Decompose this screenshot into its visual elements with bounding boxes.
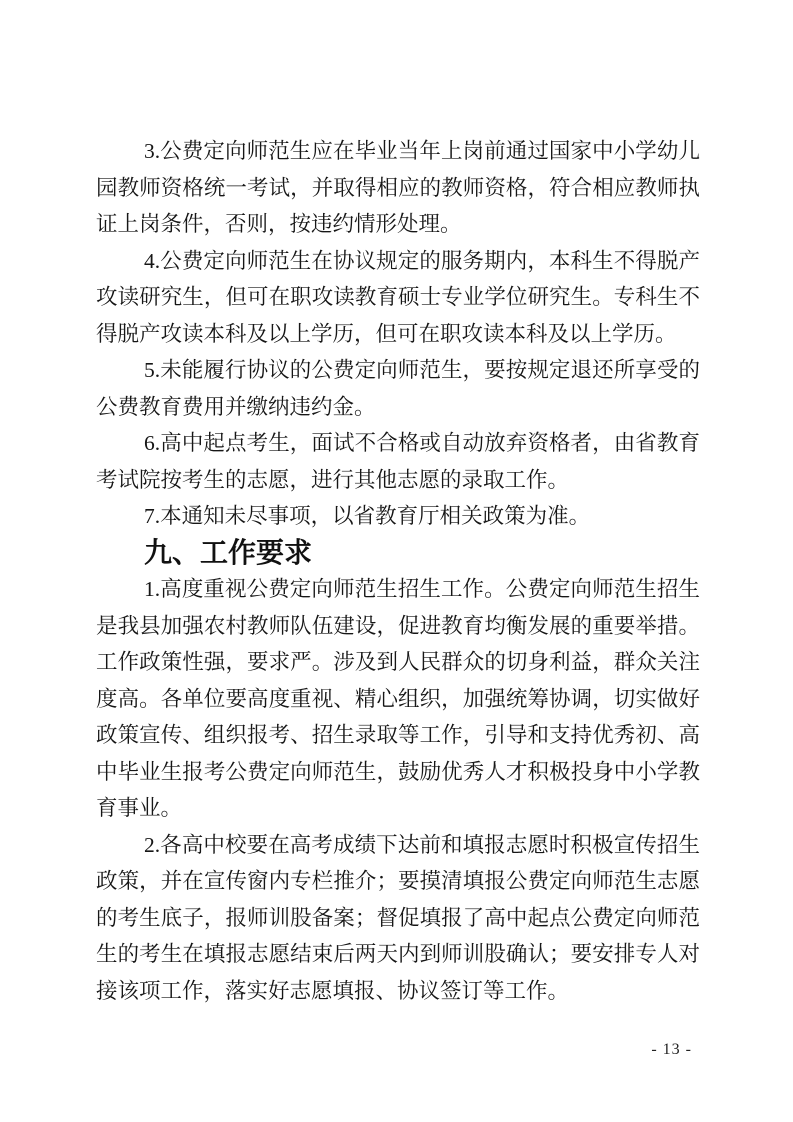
document-body: 3.公费定向师范生应在毕业当年上岗前通过国家中小学幼儿园教师资格统一考试，并取得…	[96, 133, 700, 1009]
section-heading-work-requirements: 九、工作要求	[96, 535, 700, 572]
paragraph-item-4: 4.公费定向师范生在协议规定的服务期内，本科生不得脱产攻读研究生，但可在职攻读教…	[96, 243, 700, 353]
paragraph-item-2: 2.各高中校要在高考成绩下达前和填报志愿时积极宣传招生政策，并在宣传窗内专栏推介…	[96, 827, 700, 1010]
paragraph-item-5: 5.未能履行协议的公费定向师范生，要按规定退还所享受的公费教育费用并缴纳违约金。	[96, 352, 700, 425]
paragraph-item-1: 1.高度重视公费定向师范生招生工作。公费定向师范生招生是我县加强农村教师队伍建设…	[96, 571, 700, 827]
page-number: - 13 -	[651, 1041, 692, 1059]
paragraph-item-7: 7.本通知未尽事项，以省教育厅相关政策为准。	[96, 498, 700, 535]
paragraph-item-3: 3.公费定向师范生应在毕业当年上岗前通过国家中小学幼儿园教师资格统一考试，并取得…	[96, 133, 700, 243]
paragraph-item-6: 6.高中起点考生，面试不合格或自动放弃资格者，由省教育考试院按考生的志愿，进行其…	[96, 425, 700, 498]
document-page: 3.公费定向师范生应在毕业当年上岗前通过国家中小学幼儿园教师资格统一考试，并取得…	[0, 0, 793, 1122]
